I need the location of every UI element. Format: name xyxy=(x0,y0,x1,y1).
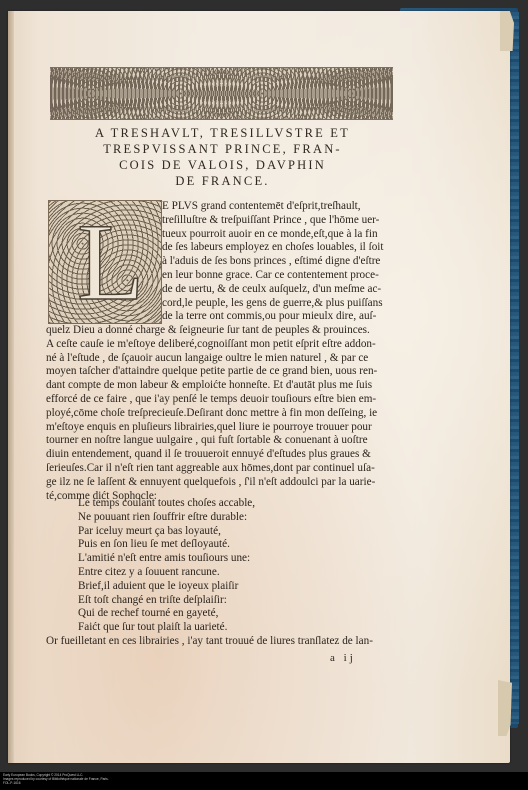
page-signature: a ij xyxy=(330,652,356,666)
text-line: E PLVS grand contentemēt d'eſprit,treſha… xyxy=(162,200,384,214)
verse-line: Qui de rechef tourné en gayeté, xyxy=(78,607,255,621)
lead-paragraph: E PLVS grand contentemēt d'eſprit,treſha… xyxy=(162,200,384,324)
decorated-initial: L xyxy=(48,200,162,324)
page-torn-corner-top xyxy=(500,11,514,51)
text-line: tueux pourroit auoir en ce monde,eſt,que… xyxy=(162,228,384,242)
text-line: ge ilz ne ſe laſſent & ennuyent quelquef… xyxy=(46,476,377,490)
main-paragraph: quelz Dieu a donné charge & ſeigneurie ſ… xyxy=(46,324,377,503)
text-line: de de uertu, & de ceulx auſquelz, d'un m… xyxy=(162,283,384,297)
verse-line: Le temps coulant toutes choſes accable, xyxy=(78,497,255,511)
text-line: treſilluſtre & treſpuiſſant Prince , que… xyxy=(162,214,384,228)
verse-line: Entre citez y a ſouuent rancune. xyxy=(78,566,255,580)
text-line: ſerieuſes.Car il n'eſt rien tant aggreab… xyxy=(46,462,377,476)
verse-line: Ne pouuant rien ſouffrir eſtre durable: xyxy=(78,511,255,525)
verse-line: Faićt que ſur tout plaiſt la uarieté. xyxy=(78,621,255,635)
text-line: efforcé de ce faire , que i'ay penſé le … xyxy=(46,393,377,407)
title-line: COIS DE VALOIS, DAVPHIN xyxy=(40,157,405,173)
text-line: tourner en noſtre langue uulgaire , qui … xyxy=(46,434,377,448)
continuation-line: Or fueilletant en ces librairies , i'ay … xyxy=(46,635,373,649)
ornamental-headpiece xyxy=(50,67,393,120)
text-line: diuin entendement, quand il ſe trouueroi… xyxy=(46,448,377,462)
page-gutter xyxy=(8,11,14,763)
text-line: A ceſte cauſe ie m'eſtoye deliberé,cogno… xyxy=(46,338,377,352)
text-line: ployé,cōme choſe treſprecieuſe.Deſirant … xyxy=(46,407,377,421)
text-line: cord,le peuple, les gens de guerre,& plu… xyxy=(162,297,384,311)
verse-line: Eſt toſt changé en triſte deſplaiſir: xyxy=(78,594,255,608)
verse-line: Par iceluy meurt ça bas loyauté, xyxy=(78,525,255,539)
text-line: de ſes labeurs employez en choſes louabl… xyxy=(162,241,384,255)
title-line: A TRESHAVLT, TRESILLVSTRE ET xyxy=(40,125,405,141)
footer-line: FOL-P-1616 xyxy=(3,781,525,785)
text-line: à l'aduis de ſes bons princes , eſtimé d… xyxy=(162,255,384,269)
title-line: DE FRANCE. xyxy=(40,173,405,189)
initial-letter: L xyxy=(77,207,144,317)
verse-line: L'amitié n'eſt entre amis touſiours une: xyxy=(78,552,255,566)
text-line: moyen taſcher d'attaindre quelque petite… xyxy=(46,365,377,379)
title-line: TRESPVISSANT PRINCE, FRAN- xyxy=(40,141,405,157)
dedication-title: A TRESHAVLT, TRESILLVSTRE ET TRESPVISSAN… xyxy=(40,125,405,189)
text-line: m'eſtoye enquis en pluſieurs librairies,… xyxy=(46,421,377,435)
text-line: de la terre ont commis,ou pour mieulx di… xyxy=(162,310,384,324)
text-line: dant compte de mon labeur & emploićte ho… xyxy=(46,379,377,393)
copyright-footer: Early European Books, Copyright © 2014 P… xyxy=(0,772,528,790)
sophocles-verse: Le temps coulant toutes choſes accable, … xyxy=(78,497,255,635)
verse-line: Puis en ſon lieu ſe met deſloyauté. xyxy=(78,538,255,552)
text-line: en leur bonne grace. Car ce contentement… xyxy=(162,269,384,283)
text-line: quelz Dieu a donné charge & ſeigneurie ſ… xyxy=(46,324,377,338)
verse-line: Brief,il aduient que le ioyeux plaiſir xyxy=(78,580,255,594)
text-line: né à l'eſtude , de ſçauoir aucun langaig… xyxy=(46,352,377,366)
